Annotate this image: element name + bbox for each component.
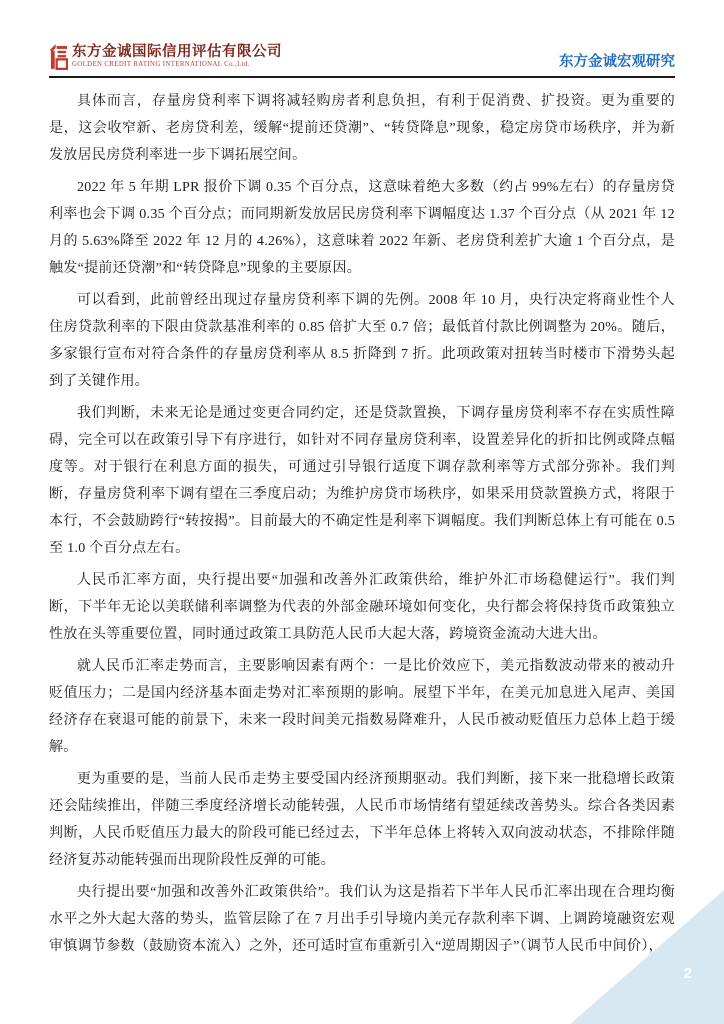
paragraph: 央行提出要“加强和改善外汇政策供给”。我们认为这是指若下半年人民币汇率出现在合理… xyxy=(49,879,675,960)
paragraph: 可以看到，此前曾经出现过存量房贷利率下调的先例。2008 年 10 月，央行决定… xyxy=(49,287,675,395)
paragraph: 人民币汇率方面，央行提出要“加强和改善外汇政策供给，维护外汇市场稳健运行”。我们… xyxy=(49,567,675,648)
paragraph: 更为重要的是，当前人民币走势主要受国内经济预期驱动。我们判断，接下来一批稳增长政… xyxy=(49,766,675,874)
paragraph: 2022 年 5 年期 LPR 报价下调 0.35 个百分点，这意味着绝大多数（… xyxy=(49,174,675,282)
golden-credit-seal-icon xyxy=(49,42,68,71)
document-title: 东方金诚宏观研究 xyxy=(559,50,675,71)
paragraph: 具体而言，存量房贷利率下调将减轻购房者利息负担，有利于促消费、扩投资。更为重要的… xyxy=(49,88,675,169)
page-number: 2 xyxy=(684,965,692,982)
company-name-block: 东方金诚国际信用评估有限公司 GOLDEN CREDIT RATING INTE… xyxy=(72,45,282,67)
paragraph: 就人民币汇率走势而言，主要影响因素有两个：一是比价效应下，美元指数波动带来的被动… xyxy=(49,653,675,761)
company-name-zh: 东方金诚国际信用评估有限公司 xyxy=(72,45,282,60)
company-name-en: GOLDEN CREDIT RATING INTERNATIONAL Co.,L… xyxy=(72,61,282,68)
page-header: 东方金诚国际信用评估有限公司 GOLDEN CREDIT RATING INTE… xyxy=(49,42,675,78)
report-body: 具体而言，存量房贷利率下调将减轻购房者利息负担，有利于促消费、扩投资。更为重要的… xyxy=(49,88,675,965)
report-page: 东方金诚国际信用评估有限公司 GOLDEN CREDIT RATING INTE… xyxy=(0,0,724,1024)
company-logo: 东方金诚国际信用评估有限公司 GOLDEN CREDIT RATING INTE… xyxy=(49,42,282,71)
paragraph: 我们判断，未来无论是通过变更合同约定，还是贷款置换，下调存量房贷利率不存在实质性… xyxy=(49,400,675,562)
